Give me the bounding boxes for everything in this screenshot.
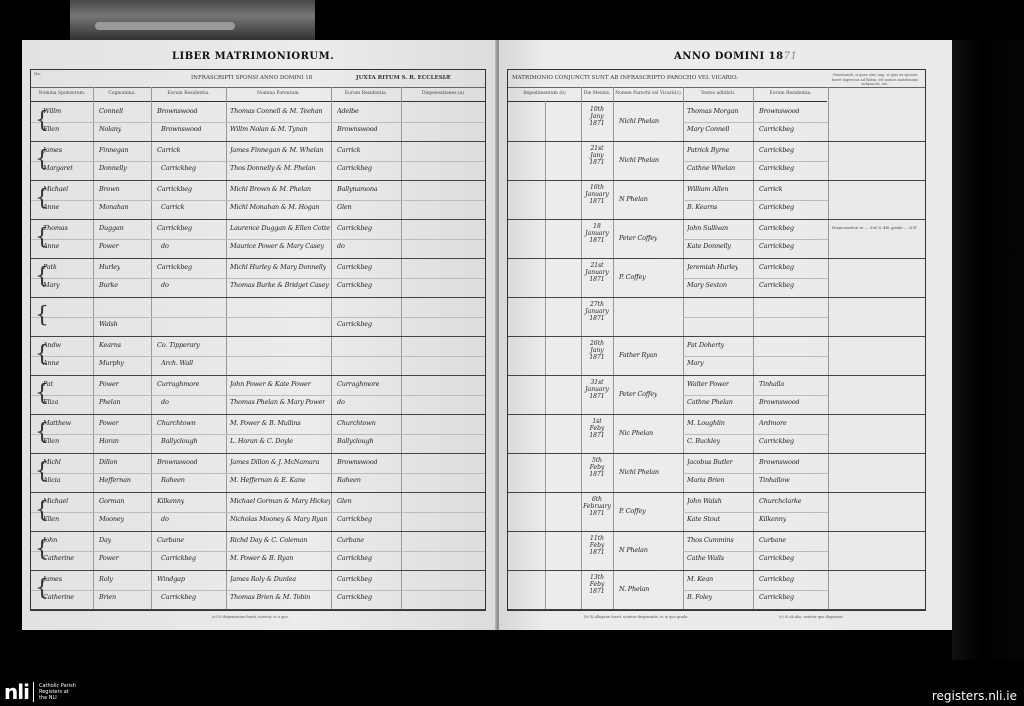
priest-name: Nichl Phelan — [619, 156, 659, 164]
witness-2: Mary — [687, 359, 704, 367]
witness-residence-1: Ardmore — [759, 419, 787, 427]
witness-1: Jacobus Butler — [687, 458, 733, 466]
marriage-entry-row: {AndwAnneKearnsMurphyCo. TipperaryArch. … — [31, 336, 485, 376]
witness-residence-1: Brownswood — [759, 458, 799, 466]
marriage-entry-row: {WalshCarrickbeg — [31, 297, 485, 337]
marriage-date: 16thJanuary1871 — [581, 184, 613, 205]
row-subdivider — [31, 239, 485, 240]
groom-residence: Carrickbeg — [157, 263, 192, 271]
observations-header: Observandi, si quae sint; nap. si quis e… — [829, 73, 921, 87]
brace-glyph: { — [35, 305, 49, 327]
bride-residence: Carrickbeg — [161, 164, 196, 172]
left-header-row-1: No. INFRASCRIPTI SPONSI ANNO DOMINI 18 J… — [31, 70, 485, 88]
groom-surname: Roly — [99, 575, 113, 583]
witness-2: B. Kearns — [687, 203, 717, 211]
left-footnote: (a) Si dispensatum fuerit, notetur, et a… — [212, 615, 289, 619]
bride-residence: do — [161, 515, 169, 523]
witness-residence-2: Carrickbeg — [759, 281, 794, 289]
nli-logo-text: Catholic Parish Registers at the NLI — [39, 683, 76, 701]
marriage-detail-row: 18January1871Peter CoffeyJohn SullivanKa… — [508, 219, 925, 259]
header-no-label: No. — [34, 71, 41, 76]
row-subdivider — [683, 434, 828, 435]
date-line: 1871 — [581, 354, 613, 361]
row-subdivider — [31, 278, 485, 279]
witness-residence-1: Carrickbeg — [759, 146, 794, 154]
marriage-detail-row: 1stFeby1871Nic PhelanM. LoughlinC. Buckl… — [508, 414, 925, 454]
row-subdivider — [683, 356, 828, 357]
parents-residence-2: do — [337, 398, 345, 406]
bride-name: Margaret — [43, 164, 73, 172]
groom-parents: Thomas Connell & M. Teehan — [230, 107, 322, 115]
witness-2: Cathne Phelan — [687, 398, 733, 406]
witness-1: John Walsh — [687, 497, 722, 505]
priest-name: Nichl Phelan — [619, 468, 659, 476]
groom-surname: Gorman — [99, 497, 124, 505]
groom-parents: Michl Brown & M. Phelan — [230, 185, 311, 193]
bride-name: Anne — [43, 242, 59, 250]
parents-residence-1: Carrick — [337, 146, 360, 154]
marriage-date: 18January1871 — [581, 223, 613, 244]
priest-name: Nic Phelan — [619, 429, 653, 437]
row-subdivider — [31, 122, 485, 123]
groom-residence: Kilkenny — [157, 497, 184, 505]
scan-border-left — [0, 40, 22, 660]
column-header: Eorum Residentia. — [151, 91, 226, 96]
marriage-detail-row: 6thFebruary1871P. CoffeyJohn WalshKate S… — [508, 492, 925, 532]
groom-parents: James Roly & Dunlea — [230, 575, 296, 583]
row-subdivider — [31, 434, 485, 435]
parents-residence-1: Glen — [337, 497, 352, 505]
marriage-detail-row: 21stJanuary1871P. CoffeyJeremiah HurleyM… — [508, 258, 925, 298]
marriage-date: 26thJany1871 — [581, 340, 613, 361]
witness-1: Walter Power — [687, 380, 729, 388]
left-header-row-2: Nomina Sponsorum.Cognomina.Eorum Residen… — [31, 87, 485, 102]
observation-note: Dispensation in ... 3rd & 4th grade ... … — [832, 225, 920, 230]
scan-top-object-highlight — [95, 22, 235, 30]
marriage-date: 27thJanuary1871 — [581, 301, 613, 322]
bride-name: Mary — [43, 281, 60, 289]
column-header: Dispensationes.(a) — [401, 91, 485, 96]
column-header: Testes adhibiti. — [683, 91, 753, 96]
marriage-date: 21stJanuary1871 — [581, 262, 613, 283]
left-page-title: LIBER MATRIMONIORUM. — [172, 51, 334, 62]
date-line: 1871 — [581, 549, 613, 556]
marriage-date: 10thJany1871 — [581, 106, 613, 127]
bride-surname: Phelan — [99, 398, 120, 406]
date-line: January — [581, 386, 613, 393]
marriage-detail-row: 11thFeby1871N PhelanThos CumminsCathe Wa… — [508, 531, 925, 571]
register-book-scan: LIBER MATRIMONIORUM. No. INFRASCRIPTI SP… — [22, 40, 952, 630]
marriage-entry-row: {JamesMargaretFinneganDonnellyCarrickCar… — [31, 141, 485, 181]
date-line: 1871 — [581, 588, 613, 595]
bride-surname: Mooney — [99, 515, 124, 523]
marriage-entry-row: {JamesCatherineRolyBrienWindgapCarrickbe… — [31, 570, 485, 610]
bride-parents: Thomas Phelan & Mary Power — [230, 398, 325, 406]
bride-residence: do — [161, 398, 169, 406]
marriage-entry-row: {PatElizaPowerPhelanCurraghmoredoJohn Po… — [31, 375, 485, 415]
marriage-detail-row: 5thFeby1871Nichl PhelanJacobus ButlerMar… — [508, 453, 925, 493]
groom-surname: Brown — [99, 185, 120, 193]
witness-1: Jeremiah Hurley — [687, 263, 738, 271]
bride-residence: Brownswood — [161, 125, 201, 133]
marriage-entry-row: {JohnCatherineDayPowerCurbaneCarrickbegR… — [31, 531, 485, 571]
row-subdivider — [31, 551, 485, 552]
marriage-entry-row: {WillmEllenConnellNolanyBrownswoodBrowns… — [31, 102, 485, 142]
groom-residence: Brownswood — [157, 458, 197, 466]
row-subdivider — [31, 356, 485, 357]
parents-residence-1: Carrickbeg — [337, 224, 372, 232]
marriage-detail-row: 26thJany1871Father RyanPat DohertyMary — [508, 336, 925, 376]
scan-border-right — [952, 40, 1024, 660]
date-line: Feby — [581, 581, 613, 588]
witness-residence-2: Carrickbeg — [759, 164, 794, 172]
row-subdivider — [683, 239, 828, 240]
marriage-date: 31stJanuary1871 — [581, 379, 613, 400]
priest-name: Peter Coffey — [619, 390, 657, 398]
marriage-entry-row: {MichaelEllenGormanMooneyKilkennydoMicha… — [31, 492, 485, 532]
witness-residence-1: Carrickbeg — [759, 263, 794, 271]
witness-residence-2: Carrickbeg — [759, 554, 794, 562]
priest-name: Nichl Phelan — [619, 117, 659, 125]
bride-surname: Brien — [99, 593, 116, 601]
groom-surname: Hurley — [99, 263, 120, 271]
parents-residence-2: Carrickbeg — [337, 281, 372, 289]
bride-name: Catherine — [43, 593, 74, 601]
parents-residence-2: Carrickbeg — [337, 554, 372, 562]
groom-residence: Carrickbeg — [157, 224, 192, 232]
witness-2: Mary Sexton — [687, 281, 727, 289]
left-ledger-table: No. INFRASCRIPTI SPONSI ANNO DOMINI 18 J… — [30, 69, 486, 611]
right-title-text: ANNO DOMINI 18 — [674, 51, 784, 62]
bride-name: Anne — [43, 203, 59, 211]
parents-residence-2: Carrickbeg — [337, 593, 372, 601]
parents-residence-2: Glen — [337, 203, 352, 211]
groom-name: James — [43, 146, 62, 154]
witness-2: Kate Donnelly — [687, 242, 731, 250]
bride-parents: Michl Monahan & M. Hogan — [230, 203, 319, 211]
marriage-entry-row: {PatkMaryHurleyBurkeCarrickbegdoMichl Hu… — [31, 258, 485, 298]
witness-residence-2: Carrickbeg — [759, 593, 794, 601]
bride-parents: Nicholas Mooney & Mary Ryan — [230, 515, 327, 523]
header-main: INFRASCRIPTI SPONSI ANNO DOMINI 18 — [191, 75, 312, 81]
bride-surname: Heffernan — [99, 476, 131, 484]
parents-residence-2: Brownswood — [337, 125, 377, 133]
bride-residence: Ballyclough — [161, 437, 197, 445]
bride-parents: Willm Nolan & M. Tynan — [230, 125, 307, 133]
witness-2: Kate Stout — [687, 515, 720, 523]
right-title-year: 71 — [784, 51, 798, 62]
groom-residence: Brownswood — [157, 107, 197, 115]
parents-residence-1: Curraghmore — [337, 380, 379, 388]
header-main: MATRIMONIO CONJUNCTI SUNT AB INFRASCRIPT… — [512, 75, 738, 81]
bride-name: Ellen — [43, 437, 59, 445]
date-line: Jany — [581, 113, 613, 120]
date-line: Feby — [581, 542, 613, 549]
right-footnote-left: (b) Si allegatæ fuerit, notetur dispensa… — [584, 615, 688, 619]
date-line: February — [581, 503, 613, 510]
date-line: 5th — [581, 457, 613, 464]
row-subdivider — [31, 200, 485, 201]
parents-residence-2: Carrickbeg — [337, 164, 372, 172]
groom-parents: Michael Gorman & Mary Hickey — [230, 497, 330, 505]
bride-parents: Thomas Burke & Bridget Casey — [230, 281, 329, 289]
priest-name: N Phelan — [619, 195, 648, 203]
groom-name: Thomas — [43, 224, 68, 232]
witness-residence-2: Carrickbeg — [759, 437, 794, 445]
date-line: 16th — [581, 184, 613, 191]
witness-residence-1: Carrickbeg — [759, 224, 794, 232]
date-line: 18 — [581, 223, 613, 230]
date-line: Jany — [581, 347, 613, 354]
witness-1: M. Loughlin — [687, 419, 725, 427]
column-header: Nomina Parentum. — [226, 91, 331, 96]
groom-surname: Power — [99, 380, 119, 388]
priest-name: N Phelan — [619, 546, 648, 554]
parents-residence-1: Adelbe — [337, 107, 359, 115]
bride-residence: Arch. Wall — [161, 359, 193, 367]
right-page-title: ANNO DOMINI 1871 — [674, 51, 797, 62]
witness-2: Cathne Whelan — [687, 164, 735, 172]
date-line: Feby — [581, 464, 613, 471]
witness-2: Mary Connell — [687, 125, 729, 133]
marriage-entry-row: {MichlAliciaDillonHeffernanBrownswoodRah… — [31, 453, 485, 493]
groom-parents: M. Power & B. Mullins — [230, 419, 301, 427]
priest-name: P. Coffey — [619, 507, 646, 515]
marriage-detail-row: 31stJanuary1871Peter CoffeyWalter PowerC… — [508, 375, 925, 415]
groom-name: Pat — [43, 380, 53, 388]
bride-residence: Carrick — [161, 203, 184, 211]
witness-1: M. Kean — [687, 575, 713, 583]
marriage-date: 11thFeby1871 — [581, 535, 613, 556]
row-subdivider — [31, 590, 485, 591]
bride-name: Ellen — [43, 515, 59, 523]
groom-parents: John Power & Kate Power — [230, 380, 311, 388]
groom-name: James — [43, 575, 62, 583]
witness-residence-2: Kilkenny — [759, 515, 786, 523]
row-subdivider — [683, 200, 828, 201]
nli-logo[interactable]: nli Catholic Parish Registers at the NLI — [4, 682, 76, 702]
right-footnote-right: (c) Si ab alio, notetur quo dispensat. — [779, 615, 844, 619]
groom-surname: Kearns — [99, 341, 121, 349]
date-line: 1871 — [581, 198, 613, 205]
parents-residence-1: Brownswood — [337, 458, 377, 466]
bride-residence: do — [161, 242, 169, 250]
row-subdivider — [31, 317, 485, 318]
groom-name: Matthew — [43, 419, 71, 427]
parents-residence-1: Ballynamona — [337, 185, 377, 193]
groom-name: Patk — [43, 263, 57, 271]
bride-surname: Murphy — [99, 359, 124, 367]
bride-name: Ellen — [43, 125, 59, 133]
marriage-entry-row: {ThomasAnneDugganPowerCarrickbegdoLauren… — [31, 219, 485, 259]
bride-residence: do — [161, 281, 169, 289]
priest-name: N. Phelan — [619, 585, 649, 593]
bride-surname: Nolany — [99, 125, 121, 133]
marriage-date: 5thFeby1871 — [581, 457, 613, 478]
witness-residence-2: Carrickbeg — [759, 125, 794, 133]
left-page: LIBER MATRIMONIORUM. No. INFRASCRIPTI SP… — [22, 40, 497, 630]
row-subdivider — [683, 122, 828, 123]
nli-logo-mark: nli — [4, 682, 29, 702]
date-line: January — [581, 269, 613, 276]
bride-surname: Horan — [99, 437, 119, 445]
witness-2: Cathe Walls — [687, 554, 724, 562]
marriage-detail-row: 13thFeby1871N. PhelanM. KeanB. FoleyCarr… — [508, 570, 925, 610]
marriage-detail-row: 10thJany1871Nichl PhelanThomas MorganMar… — [508, 102, 925, 142]
groom-name: Willm — [43, 107, 61, 115]
witness-residence-1: Brownswood — [759, 107, 799, 115]
logo-divider — [33, 682, 34, 702]
witness-residence-1: Churchclarke — [759, 497, 801, 505]
groom-parents: Laurence Duggan & Ellen Cotter — [230, 224, 330, 232]
date-line: 10th — [581, 106, 613, 113]
witness-2: Maria Brien — [687, 476, 724, 484]
parents-residence-1: Carrickbeg — [337, 575, 372, 583]
row-subdivider — [31, 512, 485, 513]
column-header: Nomina Sponsorum. — [31, 91, 93, 96]
groom-parents: Richd Day & C. Coleman — [230, 536, 307, 544]
date-line: 1871 — [581, 159, 613, 166]
marriage-date: 13thFeby1871 — [581, 574, 613, 595]
bride-residence: Carrickbeg — [161, 593, 196, 601]
witness-1: Thomas Morgan — [687, 107, 738, 115]
priest-name: P. Coffey — [619, 273, 646, 281]
groom-parents: James Finnegan & M. Whelan — [230, 146, 323, 154]
bride-surname: Monahan — [99, 203, 128, 211]
date-line: 1871 — [581, 237, 613, 244]
marriage-detail-row: 21stJany1871Nichl PhelanPatrick ByrneCat… — [508, 141, 925, 181]
bride-residence: Raheen — [161, 476, 185, 484]
date-line: January — [581, 230, 613, 237]
witness-residence-2: Tinhallow — [759, 476, 790, 484]
groom-residence: Windgap — [157, 575, 185, 583]
groom-surname: Day — [99, 536, 111, 544]
bride-name: Alicia — [43, 476, 60, 484]
witness-residence-1: Carrickbeg — [759, 575, 794, 583]
witness-residence-2: Carrickbeg — [759, 242, 794, 250]
bride-surname: Burke — [99, 281, 118, 289]
groom-residence: Curbane — [157, 536, 184, 544]
date-line: 26th — [581, 340, 613, 347]
groom-parents: Michl Hurley & Mary Donnelly — [230, 263, 326, 271]
witness-residence-1: Tinhalla — [759, 380, 784, 388]
witness-1: Thos Cummins — [687, 536, 734, 544]
date-line: 1871 — [581, 471, 613, 478]
marriage-date: 21stJany1871 — [581, 145, 613, 166]
column-header: Eorum Residentia. — [753, 91, 828, 96]
witness-2: C. Buckley — [687, 437, 720, 445]
date-line: January — [581, 308, 613, 315]
date-line: 11th — [581, 535, 613, 542]
groom-name: Michael — [43, 497, 68, 505]
witness-residence-1: Curbane — [759, 536, 786, 544]
date-line: January — [581, 191, 613, 198]
witness-2: B. Foley — [687, 593, 712, 601]
parents-residence-2: Carrickbeg — [337, 515, 372, 523]
groom-surname: Duggan — [99, 224, 124, 232]
bride-name: Anne — [43, 359, 59, 367]
groom-surname: Dillon — [99, 458, 117, 466]
groom-residence: Churchtown — [157, 419, 196, 427]
parents-residence-1: Curbane — [337, 536, 364, 544]
groom-residence: Carrickbeg — [157, 185, 192, 193]
bride-name: Catherine — [43, 554, 74, 562]
row-subdivider — [31, 473, 485, 474]
date-line: 1871 — [581, 276, 613, 283]
column-header: Impedimentum (b) — [508, 91, 581, 96]
parents-residence-2: Ballyclough — [337, 437, 373, 445]
row-subdivider — [683, 317, 828, 318]
date-line: 27th — [581, 301, 613, 308]
bride-parents: Maurice Power & Mary Casey — [230, 242, 324, 250]
bride-residence: Carrickbeg — [161, 554, 196, 562]
witness-1: William Allen — [687, 185, 728, 193]
row-subdivider — [683, 512, 828, 513]
witness-residence-2: Carrickbeg — [759, 203, 794, 211]
groom-name: Andw — [43, 341, 61, 349]
parents-residence-1: Carrickbeg — [337, 263, 372, 271]
groom-residence: Curraghmore — [157, 380, 199, 388]
date-line: 31st — [581, 379, 613, 386]
groom-surname: Finnegan — [99, 146, 128, 154]
date-line: Jany — [581, 152, 613, 159]
bride-name: Eliza — [43, 398, 58, 406]
date-line: 6th — [581, 496, 613, 503]
date-line: 1871 — [581, 393, 613, 400]
parents-residence-2: do — [337, 242, 345, 250]
groom-surname: Power — [99, 419, 119, 427]
parents-residence-1: Churchtown — [337, 419, 376, 427]
marriage-date: 1stFeby1871 — [581, 418, 613, 439]
right-ledger-table: MATRIMONIO CONJUNCTI SUNT AB INFRASCRIPT… — [507, 69, 926, 611]
groom-name: Michl — [43, 458, 61, 466]
witness-residence-2: Brownswood — [759, 398, 799, 406]
bride-parents: M. Heffernan & E. Kane — [230, 476, 305, 484]
marriage-detail-row: 27thJanuary1871 — [508, 297, 925, 337]
groom-name: John — [43, 536, 57, 544]
row-subdivider — [683, 590, 828, 591]
right-page: ANNO DOMINI 1871 MATRIMONIO CONJUNCTI SU… — [499, 40, 952, 630]
row-subdivider — [31, 395, 485, 396]
date-line: 21st — [581, 145, 613, 152]
bride-parents: M. Power & B. Ryan — [230, 554, 293, 562]
site-url[interactable]: registers.nli.ie — [932, 689, 1017, 703]
row-subdivider — [683, 551, 828, 552]
marriage-entry-row: {MichaelAnneBrownMonahanCarrickbegCarric… — [31, 180, 485, 220]
row-subdivider — [683, 161, 828, 162]
groom-residence: Carrick — [157, 146, 180, 154]
witness-1: John Sullivan — [687, 224, 728, 232]
date-line: Feby — [581, 425, 613, 432]
bride-parents: L. Horan & C. Doyle — [230, 437, 293, 445]
row-subdivider — [31, 161, 485, 162]
bride-parents: Thomas Brien & M. Tobin — [230, 593, 310, 601]
marriage-entry-row: {MatthewEllenPowerHoranChurchtownBallycl… — [31, 414, 485, 454]
parents-residence-2: Raheen — [337, 476, 361, 484]
marriage-date: 6thFebruary1871 — [581, 496, 613, 517]
priest-name: Father Ryan — [619, 351, 657, 359]
row-subdivider — [683, 473, 828, 474]
date-line: 1871 — [581, 432, 613, 439]
date-line: 1871 — [581, 510, 613, 517]
date-line: 1871 — [581, 120, 613, 127]
parents-residence-2: Carrickbeg — [337, 320, 372, 328]
column-header: Cognomina. — [93, 91, 151, 96]
header-ritum: JUXTA RITUM S. R. ECCLESIÆ — [356, 75, 451, 81]
bride-surname: Power — [99, 242, 119, 250]
column-header: Nomen Parochi vel Vicarii(c) — [613, 91, 683, 96]
groom-parents: James Dillon & J. McNamara — [230, 458, 319, 466]
